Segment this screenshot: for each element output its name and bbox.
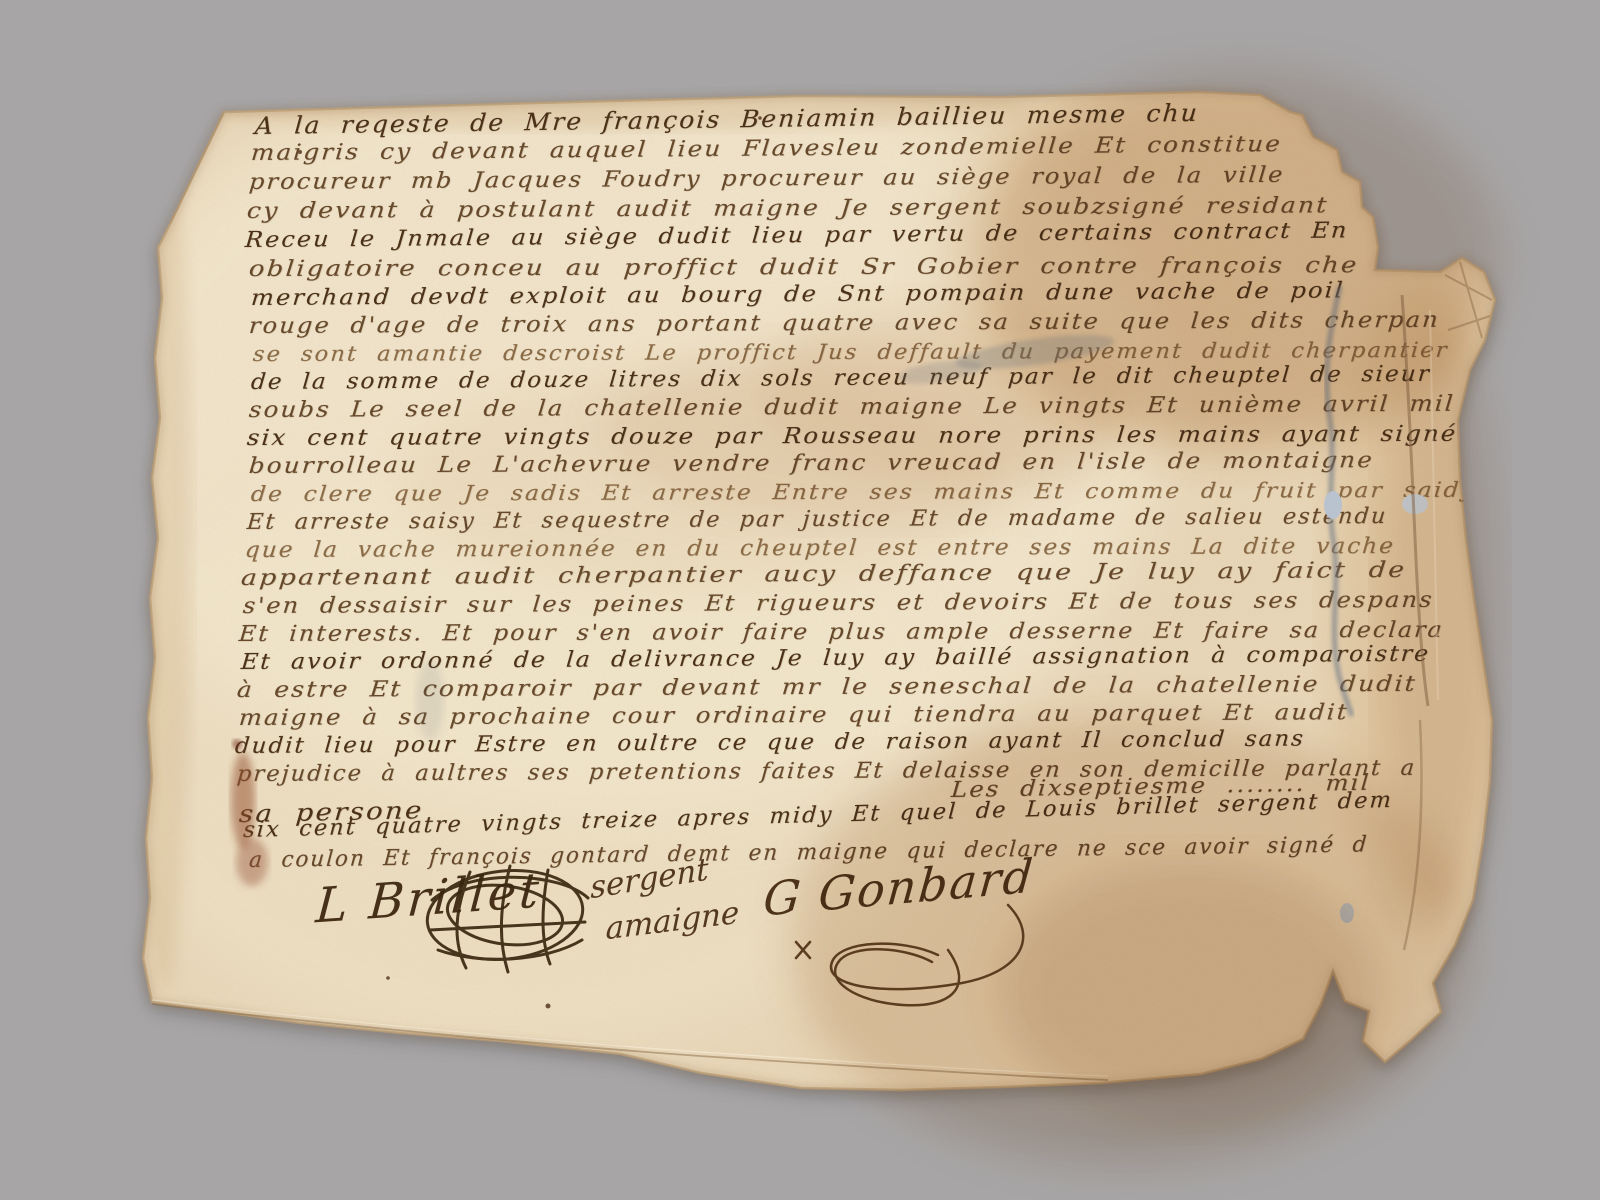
manuscript-line: bourrolleau Le L'achevrue vendre franc v…: [248, 448, 1375, 479]
manuscript-line: dudit lieu pour Estre en oultre ce que d…: [234, 727, 1306, 759]
manuscript-line: merchand devdt exploit au bourg de Snt p…: [250, 278, 1345, 311]
manuscript-line: s'en dessaisir sur les peines Et rigueur…: [242, 588, 1435, 619]
manuscript-line: rouge d'age de troix ans portant quatre …: [248, 308, 1441, 339]
manuscript-line: Et avoir ordonné de la delivrance Je luy…: [240, 642, 1431, 675]
manuscript-line: maigne à sa prochaine cour ordinaire qui…: [238, 700, 1350, 731]
photograph-of-manuscript: L Brillet sergent amaigne G Gonbard A la…: [0, 0, 1600, 1200]
manuscript-line: de clere que Je sadis Et arreste Entre s…: [250, 478, 1477, 506]
manuscript-line: se sont amantie descroist Le proffict Ju…: [252, 338, 1450, 366]
manuscript-line: procureur mb Jacques Foudry procureur au…: [248, 163, 1286, 195]
manuscript-line: six cent quatre vingts douze par Roussea…: [246, 422, 1459, 451]
manuscript-line: obligatoire conceu au proffict dudit Sr …: [248, 253, 1360, 282]
manuscript-line: Et arreste saisy Et sequestre de par jus…: [246, 504, 1388, 535]
manuscript-line: à estre Et comparoir par devant mr le se…: [236, 672, 1418, 703]
manuscript-line: de la somme de douze litres dix sols rec…: [250, 362, 1432, 395]
manuscript-line: appartenant audit cherpantier aucy deffa…: [240, 558, 1407, 591]
signature-brillet-place: amaigne: [605, 895, 739, 948]
manuscript-line: soubs Le seel de la chatellenie dudit ma…: [248, 392, 1456, 423]
manuscript-line: Receu le Jnmale au siège dudit lieu par …: [244, 218, 1350, 253]
signature-brillet: L Brillet: [314, 862, 544, 934]
